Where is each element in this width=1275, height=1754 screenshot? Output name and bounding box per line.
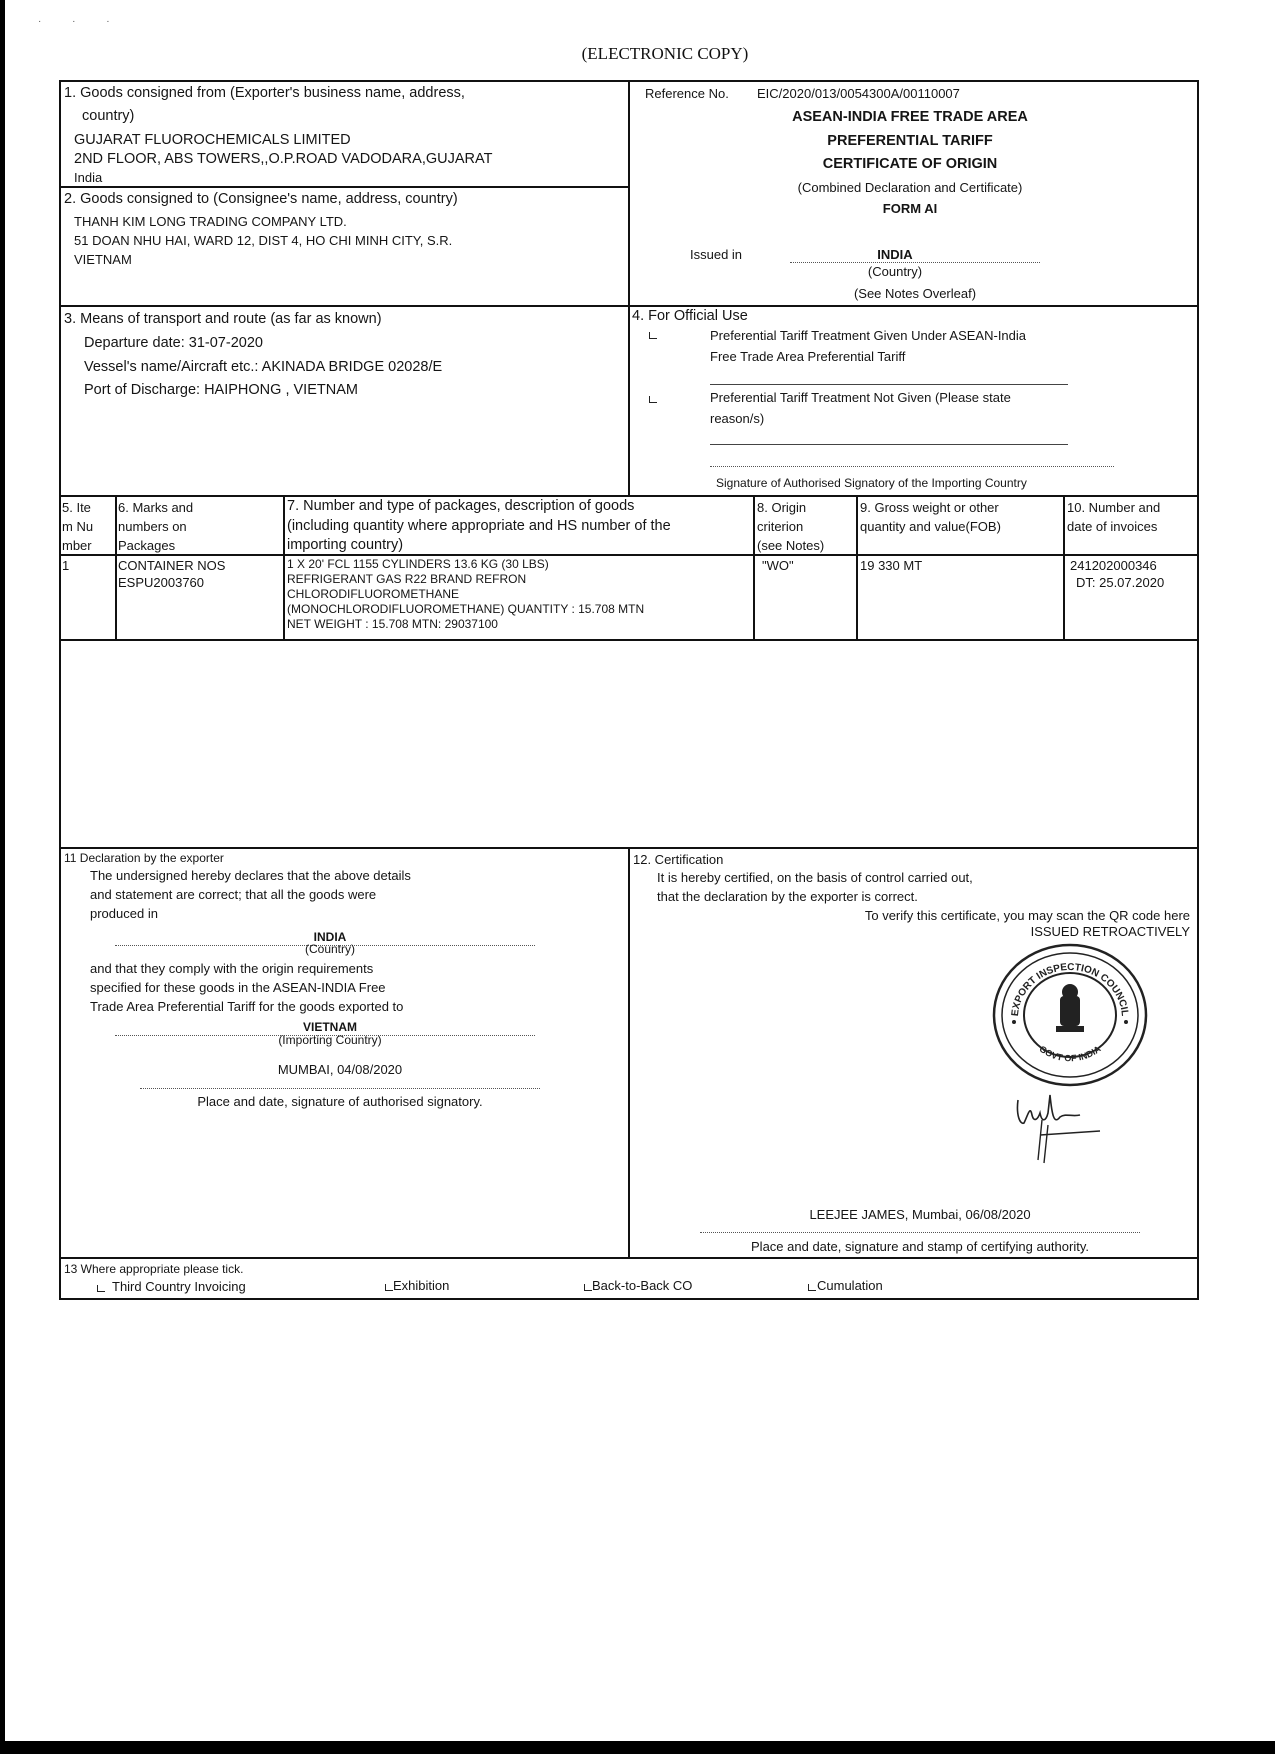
invoice-date: DT: 25.07.2020: [1076, 574, 1164, 591]
importing-country-caption: (Importing Country): [250, 1033, 410, 1048]
title-subtitle: (Combined Declaration and Certificate): [700, 179, 1120, 196]
gross-weight: 19 330 MT: [860, 557, 922, 574]
declaration-text2: and statement are correct; that all the …: [90, 886, 376, 903]
electronic-copy-label: (ELECTRONIC COPY): [560, 44, 770, 64]
issued-in-value: INDIA: [840, 246, 950, 263]
description-line4: (MONOCHLORODIFLUOROMETHANE) QUANTITY : 1…: [287, 602, 644, 617]
item-number: 1: [62, 557, 69, 574]
consignee-country: VIETNAM: [74, 251, 132, 268]
certifier-signature-icon: [1010, 1085, 1110, 1165]
back-to-back-checkbox[interactable]: [584, 1284, 592, 1291]
title-line2: PREFERENTIAL TARIFF: [700, 132, 1120, 151]
exporter-address: 2ND FLOOR, ABS TOWERS,,O.P.ROAD VADODARA…: [74, 150, 492, 169]
port-of-discharge: Port of Discharge: HAIPHONG , VIETNAM: [84, 381, 358, 400]
invoice-number: 241202000346: [1070, 557, 1157, 574]
scan-edge-left: [0, 0, 5, 1754]
form-name: FORM AI: [700, 200, 1120, 217]
reason-rule: [710, 444, 1068, 445]
declaration-text3: produced in: [90, 905, 158, 922]
third-country-invoicing-checkbox[interactable]: [97, 1285, 105, 1292]
certifier-signature-dotline: [700, 1232, 1140, 1233]
treatment-given-line1: Preferential Tariff Treatment Given Unde…: [710, 327, 1026, 344]
certifier-name-place-date: LEEJEE JAMES, Mumbai, 06/08/2020: [730, 1206, 1110, 1223]
departure-date: Departure date: 31-07-2020: [84, 334, 263, 353]
origin-criterion: "WO": [762, 557, 794, 574]
box1-label-cont: country): [82, 107, 134, 126]
declaration-text6: Trade Area Preferential Tariff for the g…: [90, 998, 403, 1015]
treatment-given-line2: Free Trade Area Preferential Tariff: [710, 348, 905, 365]
see-notes: (See Notes Overleaf): [800, 285, 1030, 302]
description-line3: CHLORODIFLUOROMETHANE: [287, 587, 459, 602]
scan-marks: · · ·: [38, 16, 124, 27]
declaration-text4: and that they comply with the origin req…: [90, 960, 373, 977]
box3-label: 3. Means of transport and route (as far …: [64, 310, 382, 329]
treatment-given-checkbox[interactable]: [649, 332, 657, 339]
importing-signature-caption: Signature of Authorised Signatory of the…: [716, 476, 1027, 491]
box12-label: 12. Certification: [633, 851, 723, 868]
consignee-address: 51 DOAN NHU HAI, WARD 12, DIST 4, HO CHI…: [74, 232, 452, 249]
scan-edge-bottom: [0, 1741, 1275, 1754]
box2-label: 2. Goods consigned to (Consignee's name,…: [64, 190, 458, 209]
exporter-name: GUJARAT FLUOROCHEMICALS LIMITED: [74, 131, 351, 150]
exporter-signature-caption: Place and date, signature of authorised …: [140, 1093, 540, 1110]
box1-label: 1. Goods consigned from (Exporter's busi…: [64, 84, 465, 103]
description-line5: NET WEIGHT : 15.708 MTN: 29037100: [287, 617, 498, 632]
issued-in-label: Issued in: [690, 246, 742, 263]
exporter-place-date: MUMBAI, 04/08/2020: [200, 1061, 480, 1078]
exporter-country: India: [74, 169, 102, 186]
vessel-name: Vessel's name/Aircraft etc.: AKINADA BRI…: [84, 358, 442, 377]
produced-country-caption: (Country): [280, 942, 380, 957]
certification-text2: that the declaration by the exporter is …: [657, 888, 918, 905]
title-line3: CERTIFICATE OF ORIGIN: [700, 155, 1120, 174]
issued-retroactively: ISSUED RETROACTIVELY: [880, 923, 1190, 940]
marks-line2: ESPU2003760: [118, 574, 204, 591]
description-line2: REFRIGERANT GAS R22 BRAND REFRON: [287, 572, 526, 587]
declaration-text5: specified for these goods in the ASEAN-I…: [90, 979, 386, 996]
marks-line1: CONTAINER NOS: [118, 557, 225, 574]
declaration-text1: The undersigned hereby declares that the…: [90, 867, 411, 884]
consignee-name: THANH KIM LONG TRADING COMPANY LTD.: [74, 213, 347, 230]
importing-signature-dotline: [710, 466, 1114, 467]
box4-label: 4. For Official Use: [632, 307, 748, 326]
verify-qr-text: To verify this certificate, you may scan…: [780, 907, 1190, 924]
official-stamp-icon: EXPORT INSPECTION COUNCIL GOVT OF INDIA: [990, 940, 1150, 1090]
reference-number: EIC/2020/013/0054300A/00110007: [757, 85, 960, 102]
exporter-signature-dotline: [140, 1088, 540, 1089]
certifier-signature-caption: Place and date, signature and stamp of c…: [700, 1238, 1140, 1255]
box11-label: 11 Declaration by the exporter: [64, 851, 224, 866]
reference-label: Reference No.: [645, 85, 729, 102]
title-line1: ASEAN-INDIA FREE TRADE AREA: [700, 108, 1120, 127]
exhibition-checkbox[interactable]: [385, 1284, 393, 1291]
description-line1: 1 X 20' FCL 1155 CYLINDERS 13.6 KG (30 L…: [287, 557, 549, 572]
svg-text:GOVT OF INDIA: GOVT OF INDIA: [1037, 1043, 1103, 1063]
cumulation-checkbox[interactable]: [808, 1284, 816, 1291]
treatment-not-given-checkbox[interactable]: [649, 396, 657, 403]
treatment-not-given-line2: reason/s): [710, 410, 764, 427]
certification-text1: It is hereby certified, on the basis of …: [657, 869, 973, 886]
treatment-given-rule: [710, 384, 1068, 385]
treatment-not-given-line1: Preferential Tariff Treatment Not Given …: [710, 389, 1011, 406]
box13-label: 13 Where appropriate please tick.: [64, 1262, 243, 1277]
issued-in-caption: (Country): [840, 263, 950, 280]
